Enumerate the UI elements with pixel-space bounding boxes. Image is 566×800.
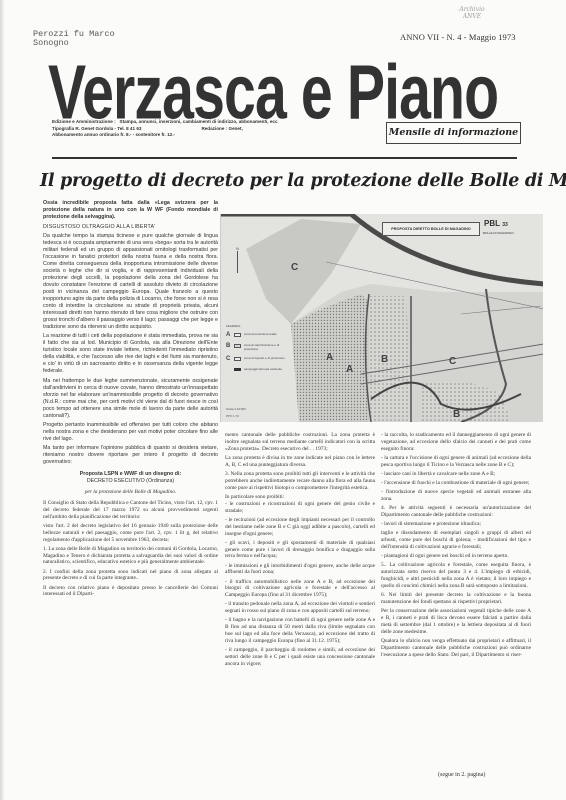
legend-header: LEGENDA bbox=[226, 324, 286, 328]
list-item: - il bagno e la navigazione con battelli… bbox=[225, 617, 375, 645]
legend-letter: B bbox=[226, 343, 233, 349]
paragraph: 6. Nei limiti del presente decreto la co… bbox=[381, 592, 531, 606]
page-edge-shadow bbox=[0, 0, 4, 800]
paragraph: visto l'art. 2 del decreto legislativo d… bbox=[43, 523, 218, 544]
article-headline: Il progetto di decreto per la protezione… bbox=[40, 170, 540, 192]
article-subhead: DISGUSTOSO OLTRAGGIO ALLA LIBERTA' bbox=[43, 224, 218, 231]
address-stamp: Perozzi fu Marco Sonogno bbox=[33, 30, 115, 48]
paragraph: La zona protetta è divisa in tre zone in… bbox=[225, 455, 375, 469]
list-item: - il traffico automobilistico nelle zone… bbox=[225, 579, 375, 600]
legend-swatch bbox=[234, 357, 241, 361]
publisher-editor: Redazione : Genet, bbox=[201, 126, 242, 131]
proposal-title: Proposta LSPN e WWF di un disegno di: bbox=[43, 471, 218, 478]
paragraph: Il Consiglio di Stato della Repubblica e… bbox=[43, 500, 218, 521]
list-item: - lavori di sistemazione e protezione id… bbox=[381, 521, 531, 528]
map-zone-label: C bbox=[449, 356, 456, 367]
map-title: PROPOSTA DIRETTO BOLLE DI MAGADINO bbox=[382, 222, 480, 236]
article-column-3: - la raccolta, lo sradicamento ed il dan… bbox=[381, 432, 531, 661]
list-item: - il transito pedonale nella zona A, ad … bbox=[225, 601, 375, 615]
handwritten-line: Archivio bbox=[452, 6, 492, 13]
paragraph: mento cantonale delle pubbliche costruzi… bbox=[225, 432, 375, 453]
list-item: - la raccolta, lo sradicamento ed il dan… bbox=[381, 432, 531, 453]
paragraph: 1. La zona delle Bolle di Magadino su te… bbox=[43, 546, 218, 567]
handwritten-note: Archivio ANVE bbox=[452, 6, 492, 20]
map-code-letters: PBL bbox=[484, 219, 500, 228]
list-item: - gli scavi, i depositi e gli spostament… bbox=[225, 540, 375, 561]
map-code: PBL 33 bbox=[484, 219, 508, 228]
map-scale: Scala 1:10'000PPV 1.73 bbox=[226, 407, 246, 418]
handwritten-line: ANVE bbox=[452, 13, 492, 20]
legend-desc: zona di rispetto e di protezione bbox=[244, 356, 286, 360]
continued-note: (segue in 2. pagina) bbox=[438, 772, 485, 778]
proposal-subtitle: DECRETO ESECUTIVO (Ordinanza) bbox=[43, 478, 218, 485]
legend-item: Azona di protezione totale bbox=[226, 332, 286, 338]
legend-letter: A bbox=[226, 332, 233, 338]
paragraph: Progetto pertanto inammissibile ed offen… bbox=[43, 422, 218, 443]
paragraph: Il decreto con relativo piano è deposita… bbox=[43, 585, 218, 599]
article-lead: Ossia incredibile proposta fatta dalla «… bbox=[43, 200, 218, 221]
map-zone-label: C bbox=[291, 262, 298, 273]
issue-info: ANNO VII - N. 4 - Maggio 1973 bbox=[400, 32, 516, 42]
map-zone-label: B bbox=[453, 409, 460, 420]
paragraph: Qualora lo sfalcio non venga effettuato … bbox=[381, 638, 531, 659]
paragraph: 2. I confini della zona protetta sono in… bbox=[43, 569, 218, 583]
legend-item: Bzona di valorizzazione e di protezione bbox=[226, 343, 286, 351]
paragraph: 3. Nella zona protetta sono proibiti tut… bbox=[225, 471, 375, 492]
map-zone-label: A bbox=[346, 364, 353, 375]
map-drawing bbox=[221, 214, 543, 422]
list-item: - l'accensione di fuochi e la combustion… bbox=[381, 480, 531, 487]
legend-swatch bbox=[234, 333, 241, 337]
paragraph: Per la conservazione delle associazioni … bbox=[381, 608, 531, 636]
paragraph: Ma tanto per informare l'opinione pubbli… bbox=[43, 445, 218, 466]
map-code-sub: BOLLE DI MAGADINO bbox=[483, 231, 514, 235]
legend-desc: zona di protezione totale bbox=[244, 332, 286, 336]
map-code-number: 33 bbox=[502, 222, 508, 228]
legend-swatch bbox=[234, 368, 241, 371]
list-item: - le recinzioni (ad eccezione degli impi… bbox=[225, 517, 375, 538]
publisher-services: Stampa, annunci, inserzioni, cambiamenti… bbox=[120, 119, 278, 124]
paragraph: Da qualche tempo la stampa ticinese e pu… bbox=[43, 233, 218, 331]
tagline-box: Mensile di informazione bbox=[386, 122, 521, 144]
publisher-row: Abbonamento annuo ordinario fr. 8.- - so… bbox=[52, 132, 278, 139]
map-zone-label: A bbox=[326, 352, 333, 363]
legend-item: campeggio Europa esistente bbox=[226, 367, 286, 371]
header-divider bbox=[52, 157, 517, 159]
publisher-printer: Tipografia R. Genet Gordola - Tel. 8 41 … bbox=[52, 126, 141, 131]
list-item: - le costruzioni e ricostruzioni di ogni… bbox=[225, 501, 375, 515]
stamp-line: Sonogno bbox=[33, 39, 115, 48]
north-arrow-icon: N bbox=[236, 246, 239, 273]
paragraph: Ma nel frattempo le due leghe summenzion… bbox=[43, 378, 218, 420]
paragraph: In particolare sono proibiti: bbox=[225, 494, 375, 501]
list-item: - la cattura e l'uccisione di ogni gener… bbox=[381, 455, 531, 469]
publisher-info: Edizione e Amministrazione : Stampa, ann… bbox=[52, 119, 278, 139]
map-legend: LEGENDA Azona di protezione totale Bzona… bbox=[226, 324, 286, 376]
north-label: N bbox=[236, 246, 239, 251]
proposal-purpose: per la protezione delle Bolle di Magadin… bbox=[43, 489, 218, 496]
article-column-2: mento cantonale delle pubbliche costruzi… bbox=[225, 432, 375, 670]
map-date: PPV 1.73 bbox=[226, 414, 246, 418]
legend-item: Czona di rispetto e di protezione bbox=[226, 356, 286, 362]
list-item: - lasciare cani in libertà e cavalcare n… bbox=[381, 471, 531, 478]
legend-desc: zona di valorizzazione e di protezione bbox=[244, 343, 286, 351]
list-item: - l'introduzione di nuove specie vegetal… bbox=[381, 489, 531, 503]
paragraph: La reazione di tutti i ceti della popola… bbox=[43, 333, 218, 375]
list-item: - il campeggio, il parcheggio di roulott… bbox=[225, 647, 375, 668]
map-zone-label: B bbox=[381, 354, 388, 365]
paragraph: 4. Per le attività seguenti è necessaria… bbox=[381, 505, 531, 519]
paragraph: 5.. La coltivazione agricola e forestale… bbox=[381, 562, 531, 590]
zone-map-image: C A A B C B bbox=[220, 214, 543, 422]
map-scale-text: Scala 1:10'000 bbox=[226, 407, 246, 411]
list-item: taglio e dissodamento di esemplari singo… bbox=[381, 530, 531, 551]
publisher-label: Edizione e Amministrazione : bbox=[52, 119, 116, 124]
legend-letter: C bbox=[226, 356, 233, 362]
legend-swatch bbox=[234, 344, 241, 348]
list-item: - piantagioni di ogni genere nei boschi … bbox=[381, 553, 531, 560]
list-item: - le immissioni e gli intorbidimenti d'o… bbox=[225, 563, 375, 577]
legend-desc: campeggio Europa esistente bbox=[244, 367, 286, 371]
article-column-1: Ossia incredibile proposta fatta dalla «… bbox=[43, 200, 218, 601]
